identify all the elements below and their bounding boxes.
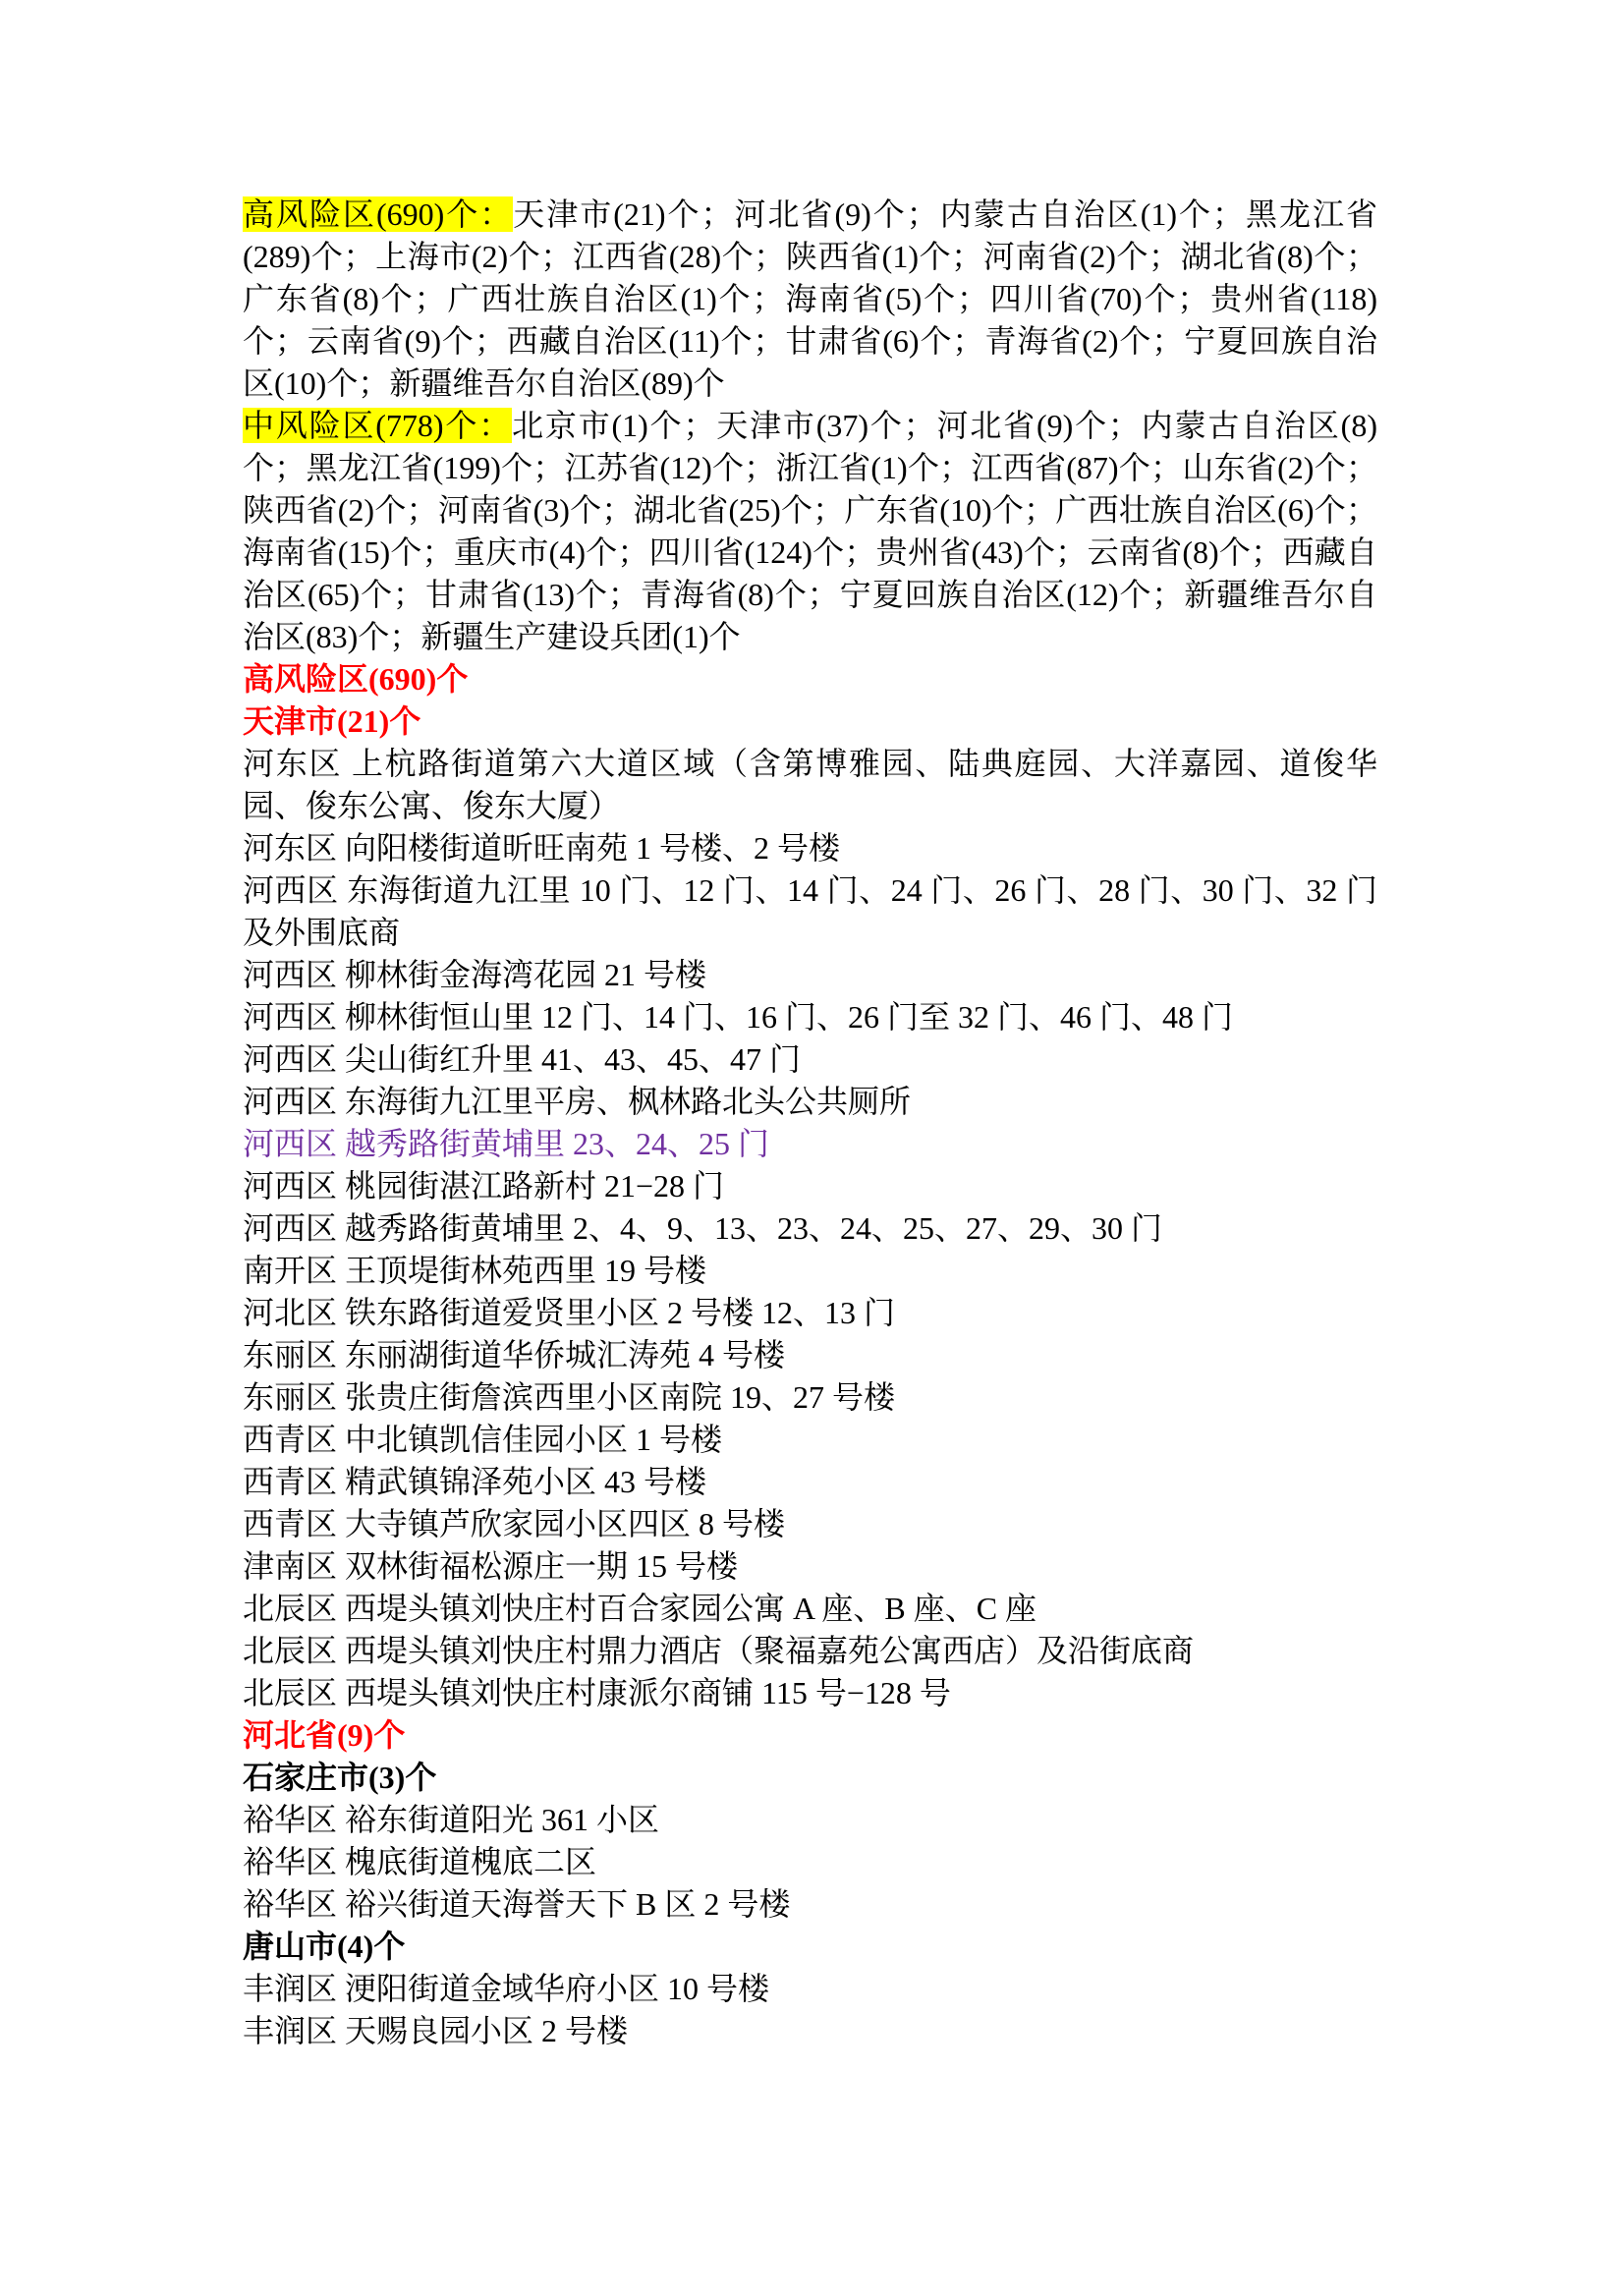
risk-summary-text: 北京市(1)个；天津市(37)个；河北省(9)个；内蒙古自治区(8)个；黑龙江省…: [243, 408, 1377, 654]
area-entry: 东丽区 张贵庄街詹滨西里小区南院 19、27 号楼: [243, 1376, 1377, 1419]
area-entry-highlighted: 河西区 越秀路街黄埔里 23、24、25 门: [243, 1123, 1377, 1165]
risk-summary-paragraph: 高风险区(690)个：天津市(21)个；河北省(9)个；内蒙古自治区(1)个；黑…: [243, 194, 1377, 405]
section-heading: 高风险区(690)个: [243, 658, 1377, 700]
city-heading: 石家庄市(3)个: [243, 1757, 1377, 1799]
section-heading: 河北省(9)个: [243, 1714, 1377, 1757]
area-entry: 裕华区 裕兴街道天海誉天下 B 区 2 号楼: [243, 1883, 1377, 1926]
area-entry: 北辰区 西堤头镇刘快庄村鼎力酒店（聚福嘉苑公寓西店）及沿街底商: [243, 1630, 1377, 1672]
area-entry: 津南区 双林街福松源庄一期 15 号楼: [243, 1545, 1377, 1588]
area-entry: 河西区 越秀路街黄埔里 2、4、9、13、23、24、25、27、29、30 门: [243, 1207, 1377, 1250]
area-entry: 河西区 柳林街金海湾花园 21 号楼: [243, 954, 1377, 996]
risk-summary-label: 高风险区(690)个：: [243, 196, 513, 232]
area-entry: 河西区 尖山街红升里 41、43、45、47 门: [243, 1038, 1377, 1081]
risk-summary-label: 中风险区(778)个：: [243, 408, 512, 443]
area-entry: 南开区 王顶堤街林苑西里 19 号楼: [243, 1250, 1377, 1292]
area-entry: 河西区 东海街道九江里 10 门、12 门、14 门、24 门、26 门、28 …: [243, 869, 1377, 954]
area-entry: 河东区 向阳楼街道昕旺南苑 1 号楼、2 号楼: [243, 827, 1377, 869]
document-content: 高风险区(690)个：天津市(21)个；河北省(9)个；内蒙古自治区(1)个；黑…: [243, 194, 1377, 2052]
area-entry: 西青区 精武镇锦泽苑小区 43 号楼: [243, 1461, 1377, 1503]
area-entry: 东丽区 东丽湖街道华侨城汇涛苑 4 号楼: [243, 1334, 1377, 1376]
city-heading: 唐山市(4)个: [243, 1926, 1377, 1968]
area-entry: 河东区 上杭路街道第六大道区域（含第博雅园、陆典庭园、大洋嘉园、道俊华园、俊东公…: [243, 743, 1377, 827]
area-entry: 丰润区 天赐良园小区 2 号楼: [243, 2010, 1377, 2052]
area-entry: 西青区 中北镇凯信佳园小区 1 号楼: [243, 1419, 1377, 1461]
area-entry: 丰润区 浭阳街道金域华府小区 10 号楼: [243, 1968, 1377, 2010]
area-entry: 河北区 铁东路街道爱贤里小区 2 号楼 12、13 门: [243, 1292, 1377, 1334]
area-entry: 裕华区 槐底街道槐底二区: [243, 1841, 1377, 1883]
risk-summary-paragraph: 中风险区(778)个：北京市(1)个；天津市(37)个；河北省(9)个；内蒙古自…: [243, 405, 1377, 658]
area-entry: 西青区 大寺镇芦欣家园小区四区 8 号楼: [243, 1503, 1377, 1545]
section-heading: 天津市(21)个: [243, 700, 1377, 743]
area-entry: 河西区 桃园街湛江路新村 21−28 门: [243, 1165, 1377, 1207]
area-entry: 河西区 柳林街恒山里 12 门、14 门、16 门、26 门至 32 门、46 …: [243, 996, 1377, 1038]
area-entry: 北辰区 西堤头镇刘快庄村康派尔商铺 115 号−128 号: [243, 1672, 1377, 1714]
area-entry: 河西区 东海街九江里平房、枫林路北头公共厕所: [243, 1081, 1377, 1123]
area-entry: 北辰区 西堤头镇刘快庄村百合家园公寓 A 座、B 座、C 座: [243, 1588, 1377, 1630]
area-entry: 裕华区 裕东街道阳光 361 小区: [243, 1799, 1377, 1841]
document-page: 高风险区(690)个：天津市(21)个；河北省(9)个；内蒙古自治区(1)个；黑…: [0, 0, 1624, 2295]
